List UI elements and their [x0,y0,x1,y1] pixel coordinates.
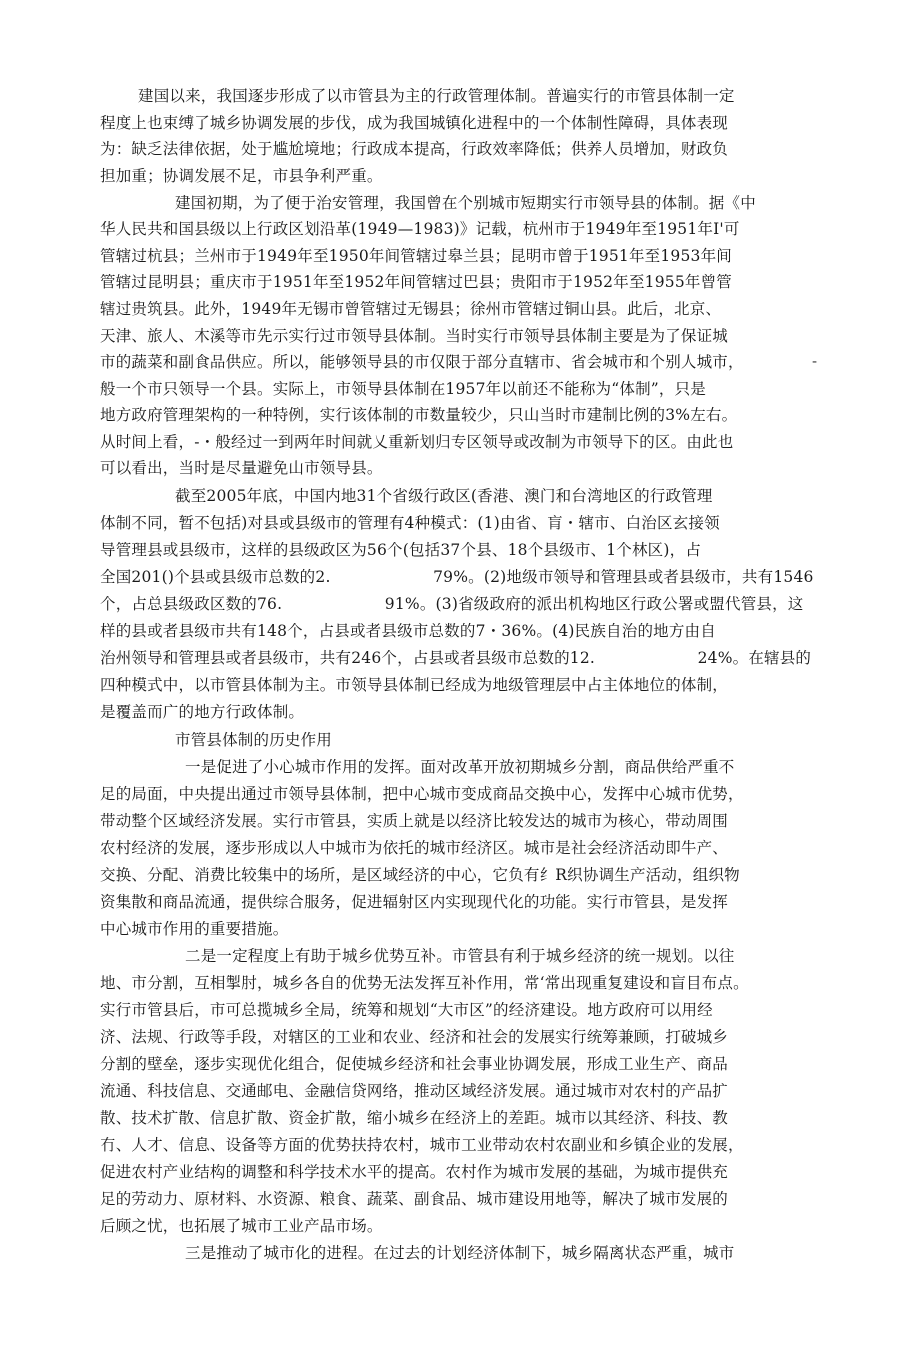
text-line: 资集散和商品流通，提供综合服务，促进辐射区内实现现代化的功能。实行市管县，是发挥 [100,892,728,912]
text-line: 建国初期，为了便于治安管理，我国曾在个别城市短期实行市领导县的体制。据《中 [175,193,756,213]
text-line: 全国201()个县或县级市总数的2. 79%。(2)地级市领导和管理县或者县级市… [100,567,814,587]
text-line: 促进农村产业结构的调整和科学技术水平的提高。农村作为城市发展的基础，为城市提供充 [100,1162,728,1182]
text-line: 足的局面，中央提出通过市领导县体制，把中心城市变成商品交换中心，发挥中心城市优势… [100,784,744,804]
text-line: 分割的壁垒，逐步实现优化组合，促使城乡经济和社会事业协调发展，形成工业生产、商品 [100,1054,728,1074]
text-line: 地、市分割，互相掣肘，城乡各自的优势无法发挥互补作用，常‘常出现重复建设和盲目布… [100,973,749,993]
text-line: 流通、科技信息、交通邮电、金融信贷网络，推动区域经济发展。通过城市对农村的产品扩 [100,1081,728,1101]
text-line: 程度上也束缚了城乡协调发展的步伐，成为我国城镇化进程中的一个体制性障碍，具体表现 [100,113,728,133]
text-line: 截至2005年底，中国内地31个省级行政区(香港、澳门和台湾地区的行政管理 [175,486,713,506]
text-line: 从时间上看，-・般经过一到两年时间就乂重新划归专区领导或改制为市领导下的区。由此… [100,432,733,452]
text-line: 个，占总县级政区数的76. 91%。(3)省级政府的派出机构地区行政公署或盟代管… [100,594,804,614]
text-line: 地方政府管理架构的一种特例，实行该体制的市数量较少，只山当时市建制比例的3%左右… [100,405,737,425]
text-line: 四种模式中，以市管县体制为主。市领导县体制已经成为地级管理层中占主体地位的体制， [100,675,728,695]
text-line: 可以看出，当时是尽量避免山市领导县。 [100,458,383,478]
text-line: 样的县或者县级市共有148个，占县或者县级市总数的7・36%。(4)民族自治的地… [100,621,716,641]
document-page: 建国以来，我国逐步形成了以市管县为主的行政管理体制。普遍实行的市管县体制一定程度… [0,0,920,1361]
text-line: 农村经济的发展，逐步形成以人中城市为依托的城市经济区。城市是社会经济活动即牛产、 [100,838,728,858]
text-line: 实行市管县后，市可总揽城乡全局，统筹和规划“大市区”的经济建设。地方政府可以用经 [100,1000,713,1020]
text-line: 管辖过杭县；兰州市于1949年至1950年间管辖过皋兰县；昆明市曾于1951年至… [100,246,732,266]
stray-dash-mark: - [812,352,817,370]
text-line: 足的劳动力、原材料、水资源、粮食、蔬菜、副食品、城市建设用地等，解决了城市发展的 [100,1189,728,1209]
text-line: 二是一定程度上有助于城乡优势互补。市管县有利于城乡经济的统一规划。以往 [185,946,735,966]
text-line: 市的蔬菜和副食品供应。所以，能够领导县的市仅限于部分直辖市、省会城市和个别人城市… [100,352,744,372]
text-line: 天津、旅人、木溪等市先示实行过市领导县体制。当时实行市领导县体制主要是为了保证城 [100,326,728,346]
text-line: 交换、分配、消费比较集中的场所，是区域经济的中心，它负有纟R织协调生产活动，组织… [100,865,740,885]
text-line: 是覆盖而广的地方行政体制。 [100,702,304,722]
text-line: 管辖过昆明县；重庆市于1951年至1952年间管辖过巴县；贵阳市于1952年至1… [100,272,732,292]
text-line: 华人民共和国县级以上行政区划沿革(1949—1983)》记载，杭州市于1949年… [100,219,740,239]
text-line: 一是促进了小心城市作用的发挥。面对改革开放初期城乡分割，商品供给严重不 [185,757,735,777]
text-line: 导管理县或县级市，这样的县级政区为56个(包括37个县、18个县级市、1个林区)… [100,540,701,560]
text-line: 中心城市作用的重要措施。 [100,919,288,939]
text-line: 后顾之忧，也拓展了城市工业产品市场。 [100,1216,383,1236]
text-line: 般一个市只领导一个县。实际上，市领导县体制在1957年以前还不能称为“体制”，只… [100,379,706,399]
text-line: 为：缺乏法律依据，处于尴尬境地；行政成本提高，行政效率降低；供养人员增加，财政负 [100,139,728,159]
text-line: 冇、人才、信息、设备等方面的优势扶持农村，城市工业带动农村农副业和乡镇企业的发展… [100,1135,744,1155]
text-line: 市管县体制的历史作用 [175,730,332,750]
text-line: 建国以来，我国逐步形成了以市管县为主的行政管理体制。普遍实行的市管县体制一定 [138,86,735,106]
text-line: 三是推动了城市化的进程。在过去的计划经济体制下，城乡隔离状态严重，城市 [185,1243,735,1263]
text-line: 带动整个区域经济发展。实行市管县，实质上就是以经济比较发达的城市为核心，带动周围 [100,811,728,831]
text-line: 治州领导和管理县或者县级市，共有246个，占县或者县级市总数的12. 24%。在… [100,648,811,668]
text-line: 散、技术扩散、信息扩散、资金扩散，缩小城乡在经济上的差距。城市以其经济、科技、教 [100,1108,728,1128]
text-line: 担加重；协调发展不足，市县争利严重。 [100,166,383,186]
text-line: 济、法规、行政等手段，对辖区的工业和农业、经济和社会的发展实行统筹兼顾，打破城乡 [100,1027,728,1047]
text-line: 体制不同，暂不包括)对县或县级市的管理有4种模式：(1)由省、肓・辖市、白治区玄… [100,513,720,533]
text-line: 辖过贵筑县。此外，1949年无锡市曾管辖过无锡县；徐州市管辖过铜山县。此后，北京… [100,299,721,319]
